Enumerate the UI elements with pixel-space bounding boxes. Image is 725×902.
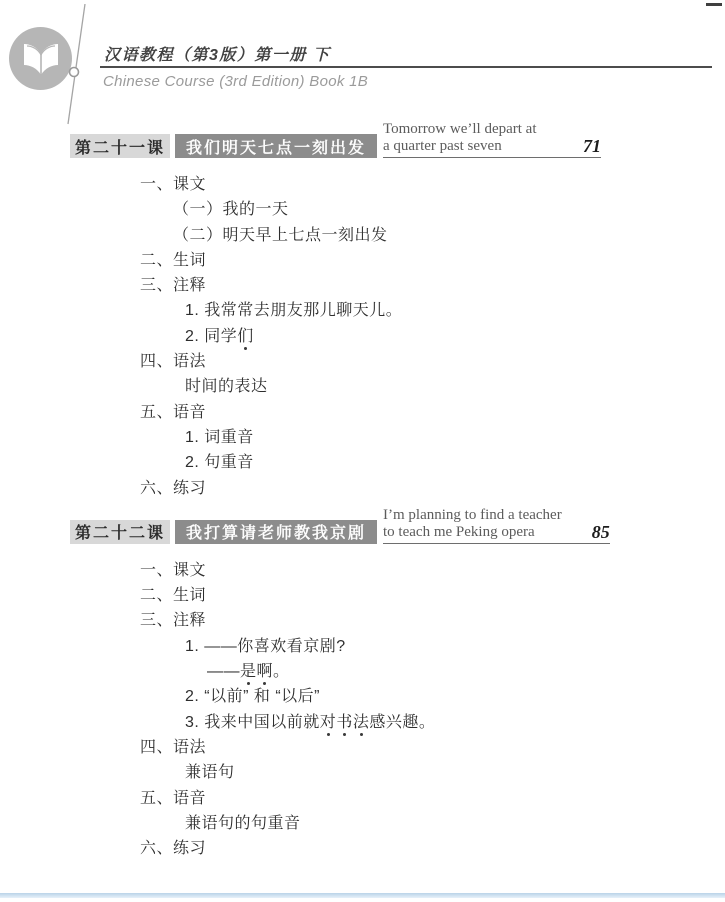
toc-item: 三、注释 — [70, 608, 690, 633]
toc-item: 一、课文 — [70, 172, 690, 197]
lesson-page-number: 71 — [567, 137, 601, 155]
english-line-1: I’m planning to find a teacher — [383, 507, 562, 524]
toc-item: 六、练习 — [70, 476, 690, 501]
emphasis-dot-char: 法 — [353, 710, 370, 735]
toc-item: 2. 句重音 — [70, 450, 690, 475]
toc-item: 五、语音 — [70, 786, 690, 811]
toc-item: ——是啊。 — [70, 659, 690, 684]
lesson-english-block: I’m planning to find a teacher to teach … — [383, 507, 610, 544]
lesson-22-section: 第二十二课 我打算请老师教我京剧 I’m planning to find a … — [70, 507, 690, 862]
lesson-number-box: 第二十二课 — [70, 520, 170, 544]
toc-item: 二、生词 — [70, 248, 690, 273]
toc-item: 2. “以前” 和 “以后” — [70, 684, 690, 709]
toc-item: 五、语音 — [70, 400, 690, 425]
lesson-page-number: 85 — [576, 523, 610, 541]
toc-item: 兼语句 — [70, 760, 690, 785]
lesson-title-box: 我打算请老师教我京剧 — [175, 520, 377, 544]
top-right-dash — [706, 3, 722, 6]
english-line-2: a quarter past seven — [383, 138, 553, 155]
toc-item: 四、语法 — [70, 735, 690, 760]
toc-item: 二、生词 — [70, 583, 690, 608]
english-line-2: to teach me Peking opera — [383, 524, 562, 541]
toc-item: 2. 同学们 — [70, 324, 690, 349]
toc-item: 1. 我常常去朋友那儿聊天儿。 — [70, 298, 690, 323]
emphasis-dot-char: 对 — [320, 710, 337, 735]
toc-list: 一、课文二、生词三、注释1. ——你喜欢看京剧?——是啊。2. “以前” 和 “… — [70, 558, 690, 862]
book-contents-page: { "header": { "logo": "open-book-logo", … — [0, 0, 725, 902]
lesson-title-english: I’m planning to find a teacher to teach … — [383, 507, 562, 541]
lesson-heading: 第二十一课 我们明天七点一刻出发 Tomorrow we’ll depart a… — [70, 121, 690, 158]
toc-item: 时间的表达 — [70, 374, 690, 399]
toc-item: （二）明天早上七点一刻出发 — [70, 223, 690, 248]
lesson-english-block: Tomorrow we’ll depart at a quarter past … — [383, 121, 601, 158]
toc-item: 1. ——你喜欢看京剧? — [70, 634, 690, 659]
lesson-heading: 第二十二课 我打算请老师教我京剧 I’m planning to find a … — [70, 507, 690, 544]
emphasis-dot-char: 书 — [336, 710, 353, 735]
emphasis-dot-char: 啊 — [257, 659, 274, 684]
toc-item: （一）我的一天 — [70, 197, 690, 222]
table-of-contents: 第二十一课 我们明天七点一刻出发 Tomorrow we’ll depart a… — [70, 0, 690, 861]
bottom-window-edge — [0, 893, 725, 898]
lesson-21-section: 第二十一课 我们明天七点一刻出发 Tomorrow we’ll depart a… — [70, 121, 690, 501]
toc-item: 六、练习 — [70, 836, 690, 861]
lesson-number-box: 第二十一课 — [70, 134, 170, 158]
open-book-icon — [21, 41, 61, 77]
emphasis-dot-char: 是 — [240, 659, 257, 684]
lesson-title-english: Tomorrow we’ll depart at a quarter past … — [383, 121, 553, 155]
toc-item: 四、语法 — [70, 349, 690, 374]
toc-item: 3. 我来中国以前就对书法感兴趣。 — [70, 710, 690, 735]
english-line-1: Tomorrow we’ll depart at — [383, 121, 553, 138]
toc-item: 兼语句的句重音 — [70, 811, 690, 836]
emphasis-dot-char: 们 — [237, 324, 254, 349]
toc-item: 三、注释 — [70, 273, 690, 298]
toc-list: 一、课文（一）我的一天（二）明天早上七点一刻出发二、生词三、注释1. 我常常去朋… — [70, 172, 690, 501]
toc-item: 1. 词重音 — [70, 425, 690, 450]
lesson-title-box: 我们明天七点一刻出发 — [175, 134, 377, 158]
toc-item: 一、课文 — [70, 558, 690, 583]
